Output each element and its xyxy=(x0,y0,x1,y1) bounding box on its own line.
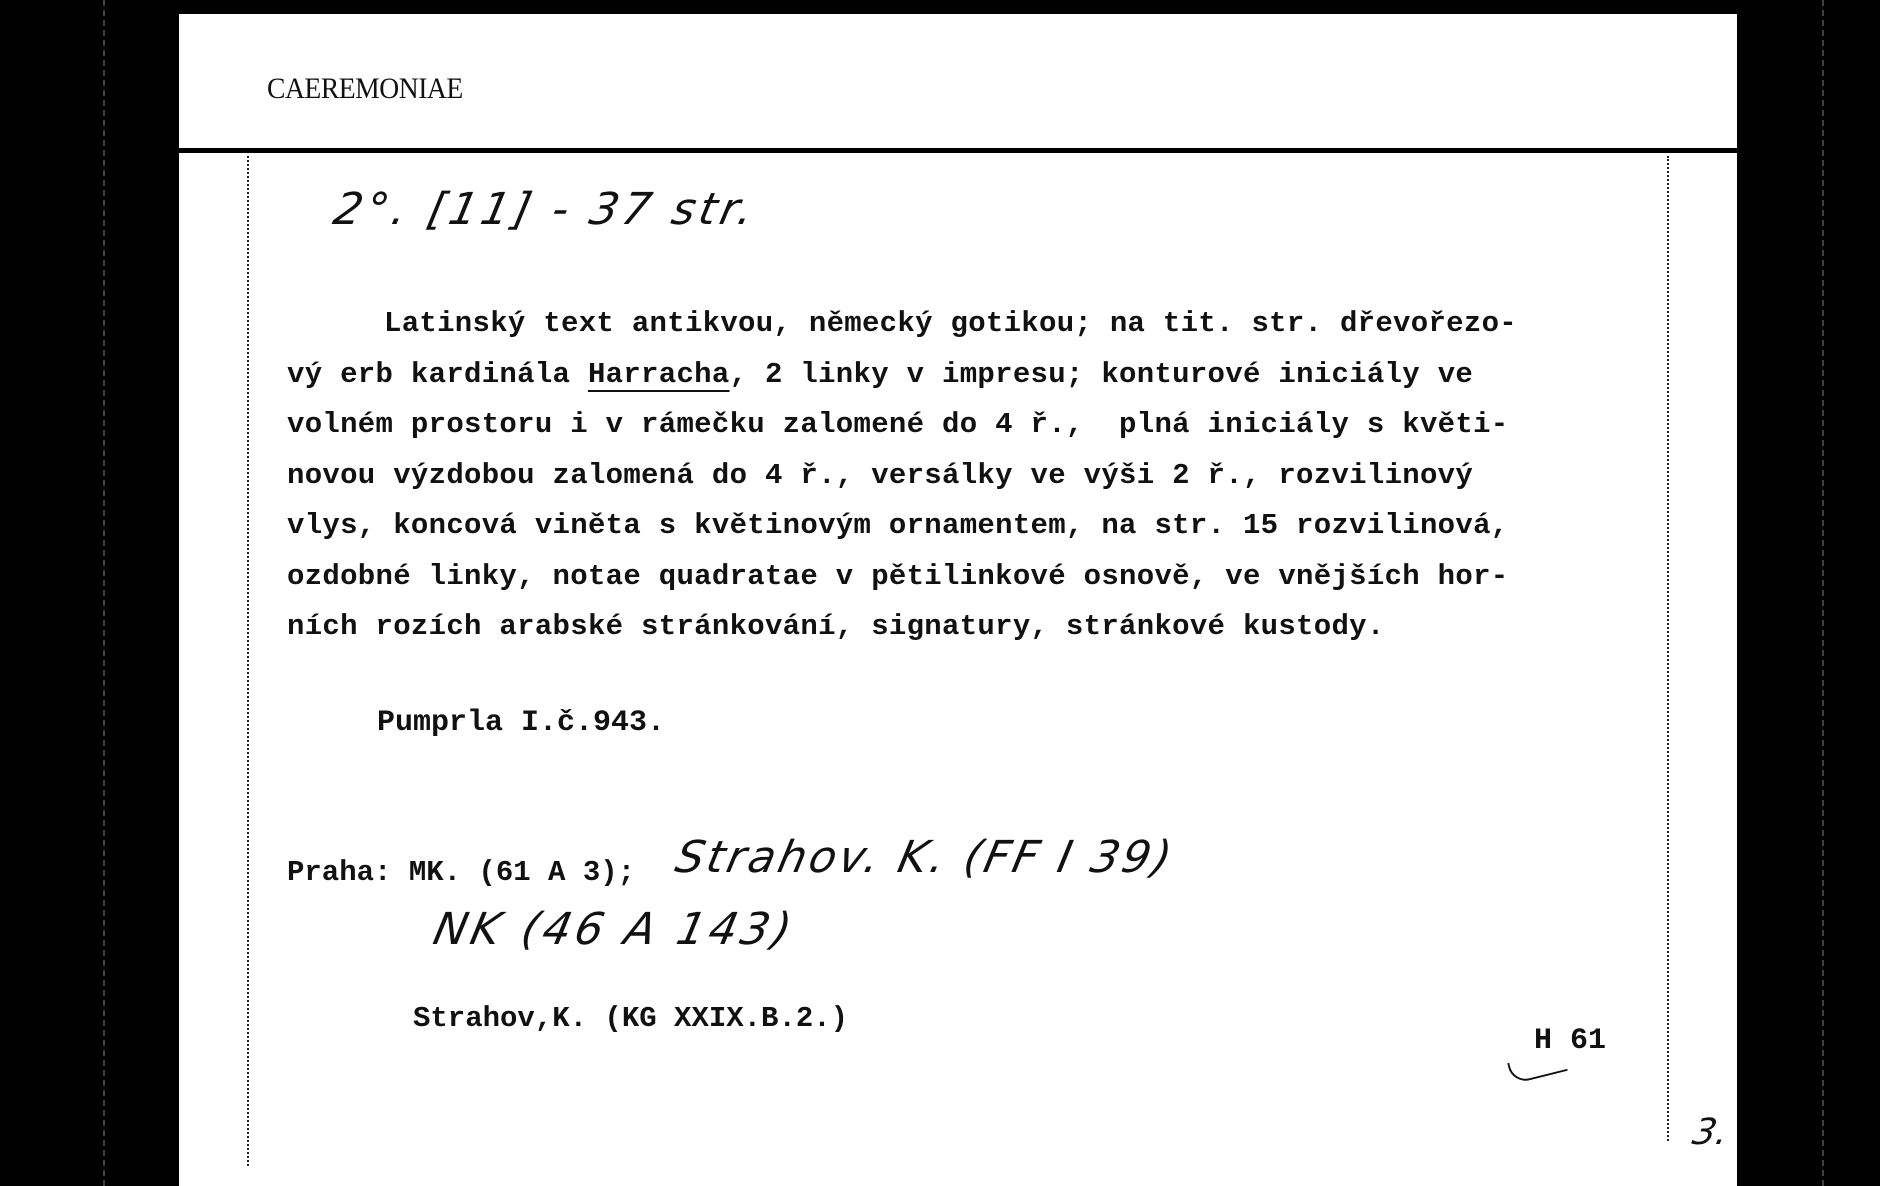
scan-frame-edge-left xyxy=(103,0,105,1186)
description-text: , 2 linky v impresu; konturové iniciály … xyxy=(730,358,1474,391)
underlined-name: Harracha xyxy=(588,358,730,391)
scan-frame-edge-right xyxy=(1822,0,1824,1186)
header-rule xyxy=(179,148,1737,153)
holdings-strahov: Strahov,K. (KG XXIX.B.2.) xyxy=(413,1002,848,1035)
description-line: novou výzdobou zalomená do 4 ř., versálk… xyxy=(287,451,1669,502)
handwritten-collation: 2°. [11] - 37 str. xyxy=(329,184,762,235)
description-line: vlys, koncová viněta s květinovým orname… xyxy=(287,501,1669,552)
description-line: ních rozích arabské stránkování, signatu… xyxy=(287,602,1669,653)
description-line: Latinský text antikvou, německý gotikou;… xyxy=(287,299,1669,350)
card-heading: CAEREMONIAE xyxy=(267,72,463,106)
description-line: volném prostoru i v rámečku zalomené do … xyxy=(287,400,1669,451)
description-line: vý erb kardinála Harracha, 2 linky v imp… xyxy=(287,350,1669,401)
holdings-handwritten-nk: NK (46 A 143) xyxy=(429,904,800,955)
catalog-card: CAEREMONIAE 2°. [11] - 37 str. Latinský … xyxy=(179,14,1737,1186)
description-text: vý erb kardinála xyxy=(287,358,588,391)
check-mark-icon xyxy=(1507,1049,1568,1084)
description: Latinský text antikvou, německý gotikou;… xyxy=(287,299,1669,653)
bibliographic-reference: Pumprla I.č.943. xyxy=(377,706,665,740)
left-margin-line xyxy=(247,156,249,1166)
holdings-typed: Praha: MK. (61 A 3); xyxy=(287,856,635,889)
holdings-handwritten-strahov: Strahov. K. (FF I 39) xyxy=(671,832,1179,883)
page-number: 3. xyxy=(1689,1112,1732,1153)
description-line: ozdobné linky, notae quadratae v pětilin… xyxy=(287,552,1669,603)
